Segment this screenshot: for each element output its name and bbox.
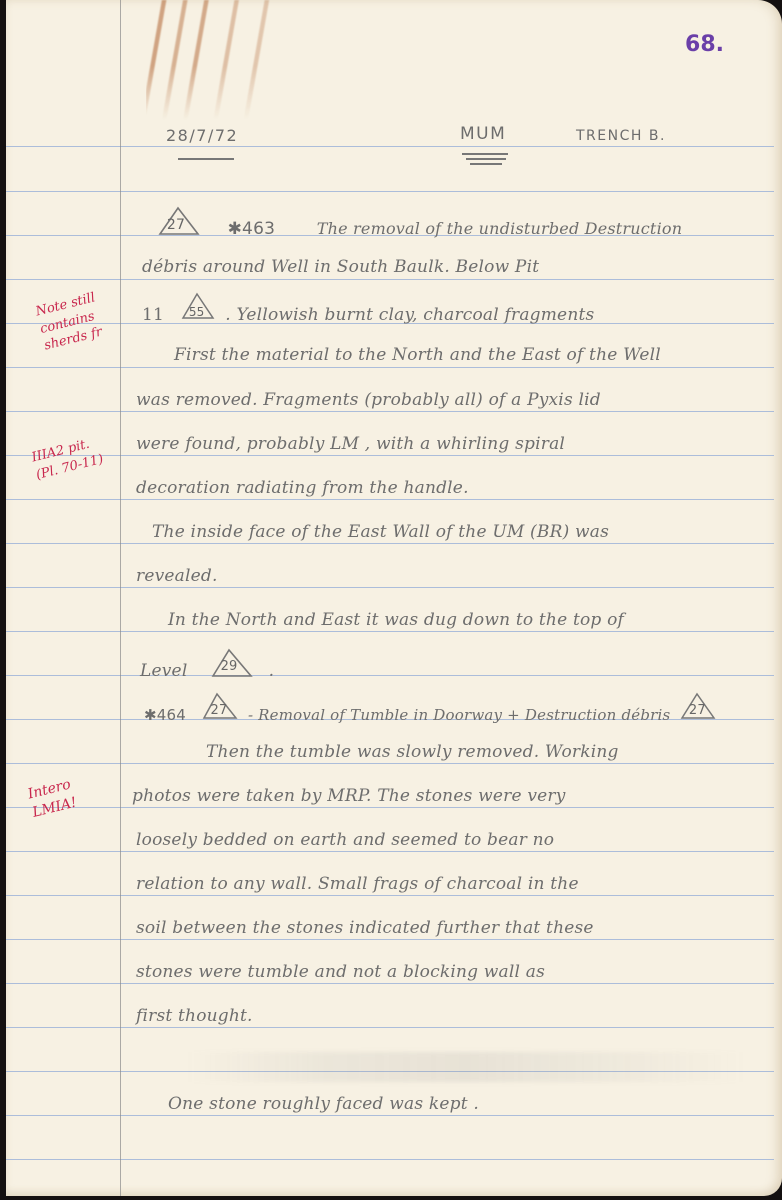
- body-line: Then the tumble was slowly removed. Work…: [206, 742, 619, 762]
- entry-number: ✱464: [144, 706, 186, 724]
- site-underline: [462, 153, 508, 155]
- rule-line: [6, 543, 774, 544]
- rule-line: [6, 763, 774, 764]
- page-number: 68.: [685, 32, 724, 57]
- level-triangle: 29: [209, 654, 249, 680]
- rule-line: [6, 631, 774, 632]
- rule-line: [6, 1115, 774, 1116]
- rule-line: [6, 675, 774, 676]
- body-line: relation to any wall. Small frags of cha…: [136, 874, 579, 894]
- margin-note: Note still contains sherds fr: [34, 287, 115, 355]
- body-line: One stone roughly faced was kept .: [168, 1094, 479, 1114]
- rule-line: [6, 191, 774, 192]
- entry-text: débris around Well in South Baulk. Below…: [142, 257, 539, 277]
- body-line: stones were tumble and not a blocking wa…: [136, 962, 545, 982]
- rule-line: [6, 367, 774, 368]
- rule-line: [6, 939, 774, 940]
- rule-line: [6, 411, 774, 412]
- rule-line: [6, 851, 774, 852]
- entry-title: - Removal of Tumble in Doorway + Destruc…: [248, 706, 670, 724]
- level-triangle: 27: [156, 212, 196, 238]
- show-through-text: [186, 1052, 746, 1082]
- entry-text: The removal of the undisturbed Destructi…: [317, 219, 683, 238]
- body-line: loosely bedded on earth and seemed to be…: [136, 830, 554, 850]
- margin-line: [120, 0, 121, 1196]
- body-line: In the North and East it was dug down to…: [168, 610, 624, 630]
- entry-464-header: ✱464 27 - Removal of Tumble in Doorway +…: [144, 698, 721, 724]
- rule-line: [6, 279, 774, 280]
- level-triangle: 27: [679, 698, 715, 724]
- entry-date: 28/7/72: [166, 126, 238, 145]
- body-line: decoration radiating from the handle.: [136, 478, 469, 498]
- entry-463-header: 27 ✱463 The removal of the undisturbed D…: [156, 212, 682, 239]
- entry-463-line3: 11 55 . Yellowish burnt clay, charcoal f…: [142, 298, 594, 325]
- rule-line: [6, 587, 774, 588]
- margin-note: IIIA2 pit. (Pl. 70-11): [30, 432, 110, 484]
- body-line: photos were taken by MRP. The stones wer…: [132, 786, 566, 806]
- rule-line: [6, 455, 774, 456]
- rule-line: [6, 146, 774, 147]
- body-line: first thought.: [136, 1006, 253, 1026]
- body-line: soil between the stones indicated furthe…: [136, 918, 594, 938]
- level-line: Level 29 .: [140, 654, 274, 681]
- body-line: revealed.: [136, 566, 218, 586]
- body-line: was removed. Fragments (probably all) of…: [136, 390, 601, 410]
- rule-line: [6, 895, 774, 896]
- body-line: The inside face of the East Wall of the …: [152, 522, 609, 542]
- body-line: were found, probably LM , with a whirlin…: [136, 434, 565, 454]
- rule-line: [6, 1027, 774, 1028]
- level-triangle: 55: [180, 298, 214, 324]
- rule-line: [6, 499, 774, 500]
- entry-number: ✱463: [228, 219, 276, 239]
- site-underline: [466, 158, 506, 160]
- date-underline: [178, 158, 234, 160]
- site-name: MUM: [460, 124, 506, 144]
- trench-label: TRENCH B.: [576, 128, 666, 144]
- rust-stain: [146, 0, 276, 120]
- rule-line: [6, 807, 774, 808]
- level-triangle: 27: [201, 698, 237, 724]
- notebook-page: 68. 28/7/72 MUM TRENCH B. Note still con…: [6, 0, 782, 1196]
- margin-note: Intero LMIA!: [26, 771, 93, 822]
- site-underline: [470, 163, 502, 165]
- rule-line: [6, 1159, 774, 1160]
- rule-line: [6, 983, 774, 984]
- body-line: First the material to the North and the …: [174, 345, 661, 365]
